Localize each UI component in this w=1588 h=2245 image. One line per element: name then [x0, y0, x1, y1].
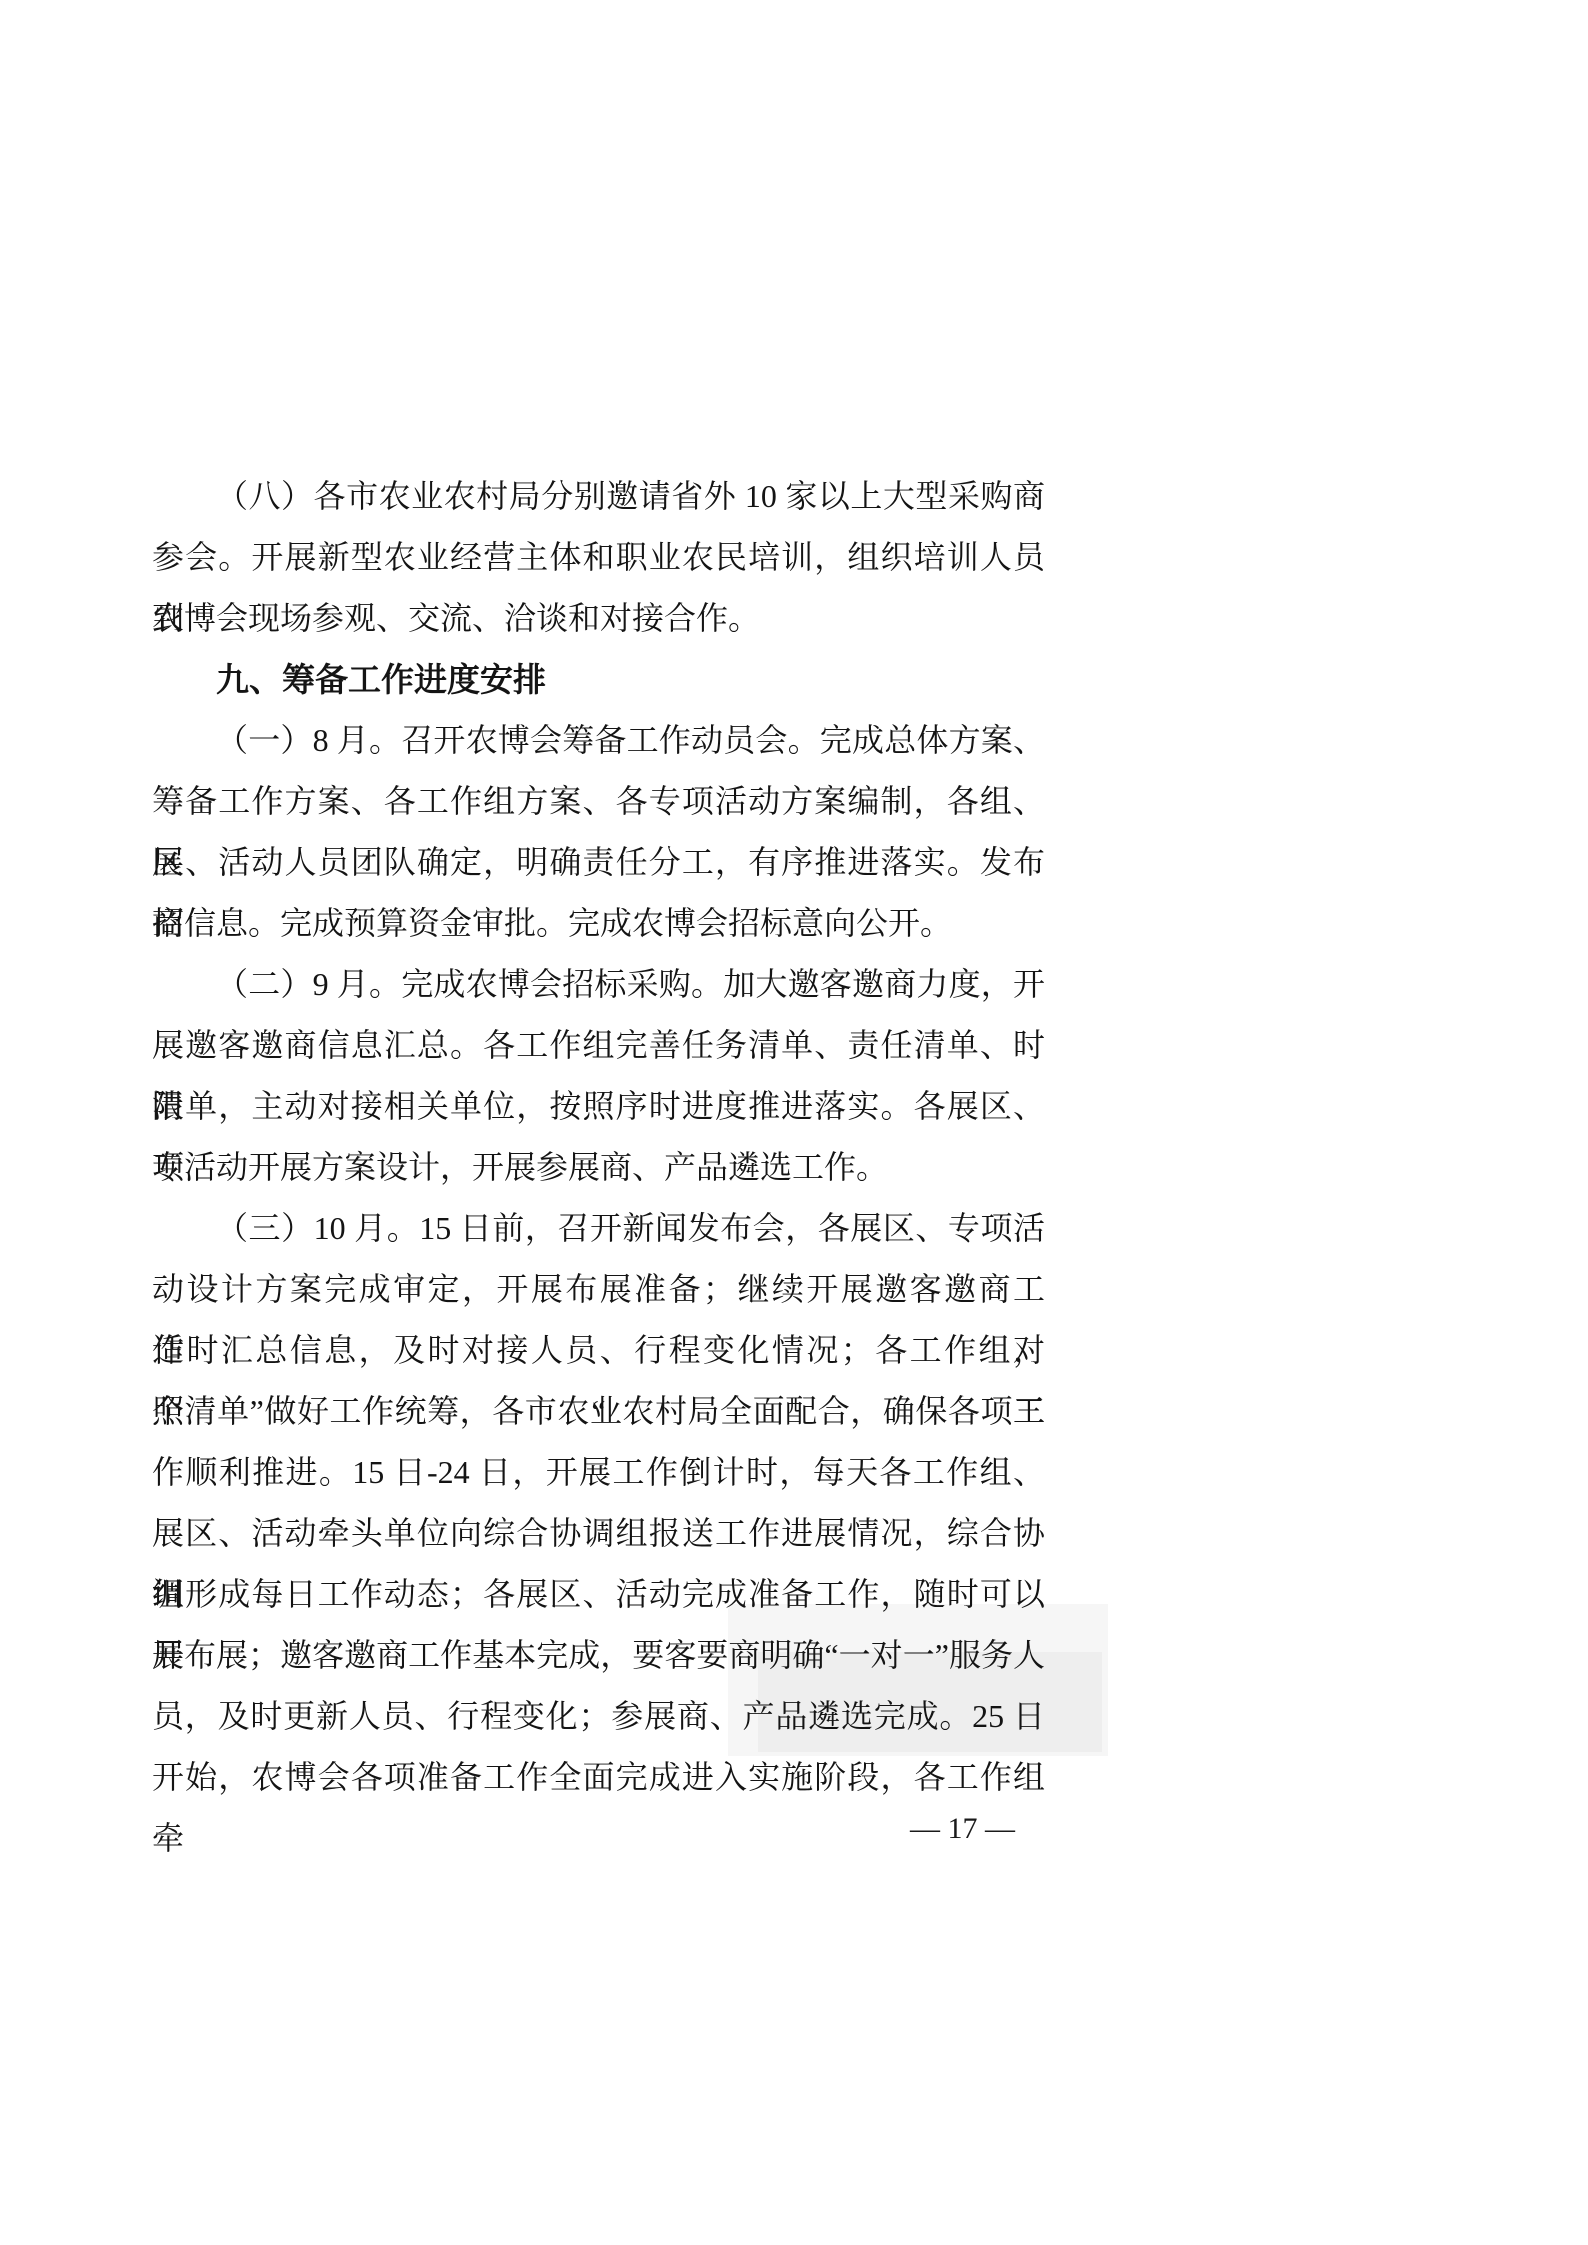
paragraph-9-3-line-2: 动设计方案完成审定，开展布展准备；继续开展邀客邀商工作，: [152, 1259, 1045, 1320]
document-page: （八）各市农业农村局分别邀请省外 10 家以上大型采购商 参会。开展新型农业经营…: [0, 0, 1588, 2245]
paragraph-9-3-line-7: 组形成每日工作动态；各展区、活动完成准备工作，随时可以开: [152, 1564, 1045, 1625]
paragraph-9-3-line-1: （三）10 月。15 日前，召开新闻发布会，各展区、专项活: [152, 1198, 1045, 1259]
paragraph-9-1-line-2: 筹备工作方案、各工作组方案、各专项活动方案编制，各组、展: [152, 771, 1045, 832]
paragraph-9-2-line-3: 清单，主动对接相关单位，按照序时进度推进落实。各展区、专: [152, 1076, 1045, 1137]
paragraph-9-2-line-2: 展邀客邀商信息汇总。各工作组完善任务清单、责任清单、时限: [152, 1015, 1045, 1076]
paragraph-9-1-line-3: 区、活动人员团队确定，明确责任分工，有序推进落实。发布招: [152, 832, 1045, 893]
document-body: （八）各市农业农村局分别邀请省外 10 家以上大型采购商 参会。开展新型农业经营…: [152, 466, 1045, 1808]
paragraph-9-1-line-1: （一）8 月。召开农博会筹备工作动员会。完成总体方案、: [152, 710, 1045, 771]
page-number: — 17 —: [152, 1806, 1045, 1852]
paragraph-8-line-3: 农博会现场参观、交流、洽谈和对接合作。: [152, 588, 1045, 649]
paragraph-9-3-line-4: 个清单”做好工作统筹，各市农业农村局全面配合，确保各项工: [152, 1381, 1045, 1442]
paragraph-9-3-line-9: 员，及时更新人员、行程变化；参展商、产品遴选完成。25 日: [152, 1686, 1045, 1747]
paragraph-9-1-line-4: 商信息。完成预算资金审批。完成农博会招标意向公开。: [152, 893, 1045, 954]
paragraph-9-2-line-1: （二）9 月。完成农博会招标采购。加大邀客邀商力度，开: [152, 954, 1045, 1015]
paragraph-9-2-line-4: 项活动开展方案设计，开展参展商、产品遴选工作。: [152, 1137, 1045, 1198]
paragraph-9-3-line-6: 展区、活动牵头单位向综合协调组报送工作进展情况，综合协调: [152, 1503, 1045, 1564]
section-9-heading: 九、筹备工作进度安排: [152, 649, 1045, 710]
paragraph-8-line-2: 参会。开展新型农业经营主体和职业农民培训，组织培训人员到: [152, 527, 1045, 588]
paragraph-9-3-line-5: 作顺利推进。15 日-24 日，开展工作倒计时，每天各工作组、: [152, 1442, 1045, 1503]
paragraph-8-line-1: （八）各市农业农村局分别邀请省外 10 家以上大型采购商: [152, 466, 1045, 527]
paragraph-9-3-line-10: 开始，农博会各项准备工作全面完成进入实施阶段，各工作组牵: [152, 1747, 1045, 1808]
paragraph-9-3-line-3: 适时汇总信息，及时对接人员、行程变化情况；各工作组对照“三: [152, 1320, 1045, 1381]
paragraph-9-3-line-8: 展布展；邀客邀商工作基本完成，要客要商明确“一对一”服务人: [152, 1625, 1045, 1686]
